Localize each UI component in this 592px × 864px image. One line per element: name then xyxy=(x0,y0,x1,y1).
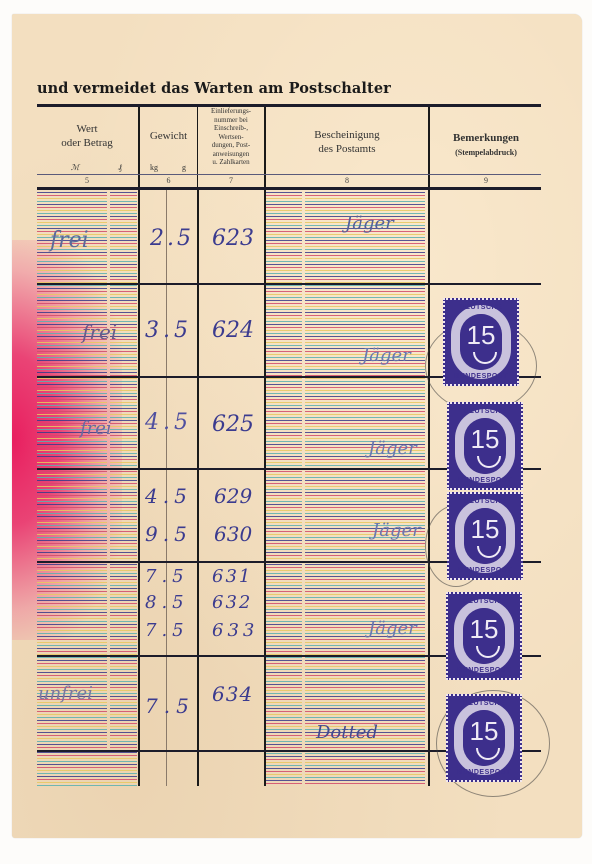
unit-mark: ℳ xyxy=(60,163,90,172)
stamp-value: 15 xyxy=(448,716,520,747)
stamp-top-text: DEUTSCHE xyxy=(448,700,520,707)
bescheinigung-signature: Jäger xyxy=(368,438,417,459)
gewicht-handwriting: 9.5 xyxy=(145,522,192,546)
postage-stamp: DEUTSCHE 15 BUNDESPOST xyxy=(447,492,523,580)
body-divider xyxy=(264,190,266,786)
row-separator xyxy=(37,283,541,285)
body-divider xyxy=(197,190,199,786)
stamp-top-text: DEUTSCHE xyxy=(445,304,517,311)
bescheinigung-signature: Jäger xyxy=(362,345,411,366)
nummer-handwriting: 629 xyxy=(214,484,252,508)
stamp-value: 15 xyxy=(445,320,517,351)
bescheinigung-signature: Jäger xyxy=(372,520,421,541)
bescheinigung-signature: Dotted xyxy=(316,722,378,743)
gewicht-handwriting: 2.5 xyxy=(150,226,194,251)
stamp-bottom-text: BUNDESPOST xyxy=(448,769,520,776)
wert-pfennig-field xyxy=(110,192,137,750)
colnum-rule xyxy=(37,174,541,175)
wert-mark-field xyxy=(37,192,107,750)
header-divider xyxy=(138,107,140,187)
nummer-handwriting: 634 xyxy=(212,682,253,706)
nummer-handwriting: 624 xyxy=(212,318,254,343)
unit-kg: kg xyxy=(144,163,164,172)
stamp-bottom-text: BUNDESPOST xyxy=(448,667,520,674)
bescheinigung-signature: Jäger xyxy=(368,618,417,639)
column-header-gewicht: Gewicht xyxy=(140,130,197,142)
postage-stamp: DEUTSCHE 15 BUNDESPOST xyxy=(443,298,519,386)
gewicht-handwriting: 3.5 xyxy=(145,318,192,343)
column-number-8: 8 xyxy=(266,176,428,185)
stamp-value: 15 xyxy=(449,514,521,545)
column-number-7: 7 xyxy=(198,176,264,185)
gewicht-handwriting: 7.5 xyxy=(145,620,189,641)
column-header-nummer: Einlieferungs- nummer bei Einschreib-, W… xyxy=(198,107,264,167)
stamp-bottom-text: BUNDESPOST xyxy=(449,477,521,484)
nummer-handwriting: 633 xyxy=(212,620,258,641)
unit-g: g xyxy=(174,163,194,172)
nummer-handwriting: 630 xyxy=(214,522,252,546)
bescheinigung-left-field xyxy=(266,192,302,786)
header-bottom-rule xyxy=(37,187,541,190)
postage-stamp: DEUTSCHE 15 BUNDESPOST xyxy=(446,694,522,782)
column-header-bemerkungen: Bemerkungen xyxy=(430,132,542,144)
stamp-bottom-text: BUNDESPOST xyxy=(445,373,517,380)
unit-pfennig: ₰ xyxy=(110,163,130,172)
stamp-top-text: DEUTSCHE xyxy=(448,598,520,605)
stamp-value: 15 xyxy=(448,614,520,645)
column-number-5: 5 xyxy=(37,176,137,185)
column-number-6: 6 xyxy=(140,176,197,185)
wert-lower-field xyxy=(37,752,137,786)
gewicht-handwriting: 4.5 xyxy=(145,410,192,435)
column-number-9: 9 xyxy=(430,176,542,185)
postage-stamp: DEUTSCHE 15 BUNDESPOST xyxy=(447,402,523,490)
wert-handwriting: frei xyxy=(80,418,112,439)
gewicht-handwriting: 8.5 xyxy=(145,592,189,613)
page-title: und vermeidet das Warten am Postschalter xyxy=(37,80,391,97)
nummer-handwriting: 632 xyxy=(212,592,252,613)
body-divider xyxy=(428,190,430,786)
postage-stamp: DEUTSCHE 15 BUNDESPOST xyxy=(446,592,522,680)
bescheinigung-signature: Jäger xyxy=(345,213,394,234)
gewicht-handwriting: 7.5 xyxy=(145,694,195,718)
wert-handwriting: frei xyxy=(50,228,89,253)
column-subheader-stempelabdruck: (Stempelabdruck) xyxy=(430,148,542,157)
gewicht-handwriting: 7.5 xyxy=(145,566,189,587)
column-header-wert: Wert oder Betrag xyxy=(37,122,137,150)
stamp-bottom-text: BUNDESPOST xyxy=(449,567,521,574)
wert-handwriting: frei xyxy=(82,320,117,344)
bescheinigung-main-field xyxy=(305,192,425,786)
header-divider xyxy=(428,107,430,187)
nummer-handwriting: 631 xyxy=(212,566,252,587)
stamp-top-text: DEUTSCHE xyxy=(449,408,521,415)
stamp-top-text: DEUTSCHE xyxy=(449,498,521,505)
nummer-handwriting: 625 xyxy=(212,412,254,437)
column-header-bescheinigung: Bescheinigung des Postamts xyxy=(266,128,428,156)
stamp-value: 15 xyxy=(449,424,521,455)
header-top-rule xyxy=(37,104,541,107)
nummer-handwriting: 623 xyxy=(212,226,254,251)
body-divider xyxy=(138,190,140,786)
gewicht-handwriting: 4.5 xyxy=(145,484,192,508)
wert-handwriting: unfrei xyxy=(38,683,93,704)
